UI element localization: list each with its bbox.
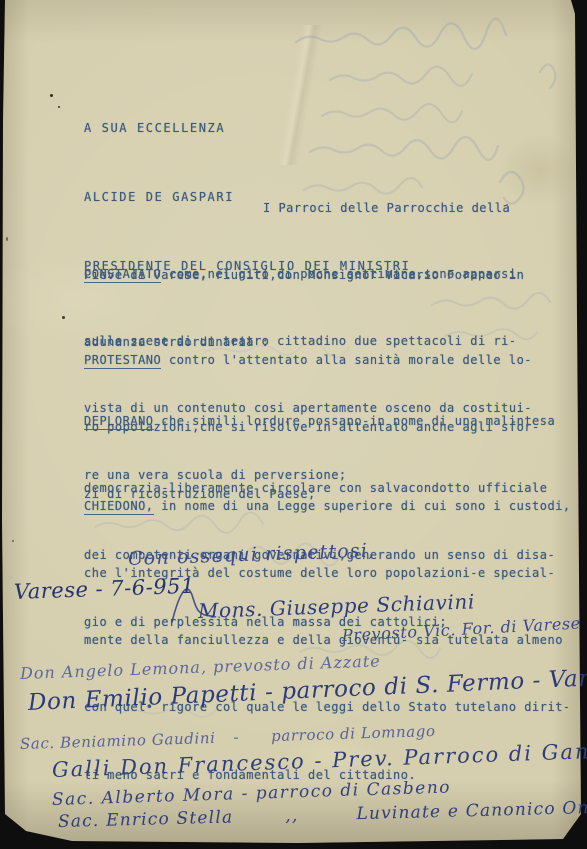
scanner-background: A SUA ECCELLENZA ALCIDE DE GASPARI PRESI… bbox=[0, 0, 587, 849]
ink-speck bbox=[58, 106, 60, 108]
keyword-underlined: CHIEDONO, bbox=[84, 499, 154, 515]
ink-speck bbox=[50, 94, 53, 97]
typed-text: in nome di una Legge superiore di cui so… bbox=[154, 499, 571, 513]
ditto-mark: ,, bbox=[285, 806, 299, 826]
typed-line: DEPLORANO che simili lordure possano-in … bbox=[84, 410, 555, 432]
typed-text: che simili lordure possano-in nome di un… bbox=[154, 414, 556, 428]
ink-speck bbox=[62, 316, 65, 319]
keyword-underlined: CONSTATATO bbox=[84, 267, 161, 283]
signature-dash: - bbox=[233, 728, 239, 746]
paper-blemish bbox=[6, 237, 8, 241]
typed-line: CHIEDONO, in nome di una Legge superiore… bbox=[84, 495, 571, 517]
recipient-line: A SUA ECCELLENZA bbox=[84, 117, 411, 140]
paper-blemish bbox=[506, 204, 508, 206]
typed-line: I Parroci delle Parrocchie della bbox=[84, 197, 524, 219]
typed-text: come,nel giro di poche settimane,sono ap… bbox=[161, 267, 516, 281]
keyword-underlined: DEPLORANO bbox=[84, 414, 154, 430]
paper-blemish bbox=[12, 540, 14, 542]
typed-line: CONSTATATO come,nel giro di poche settim… bbox=[84, 263, 532, 285]
